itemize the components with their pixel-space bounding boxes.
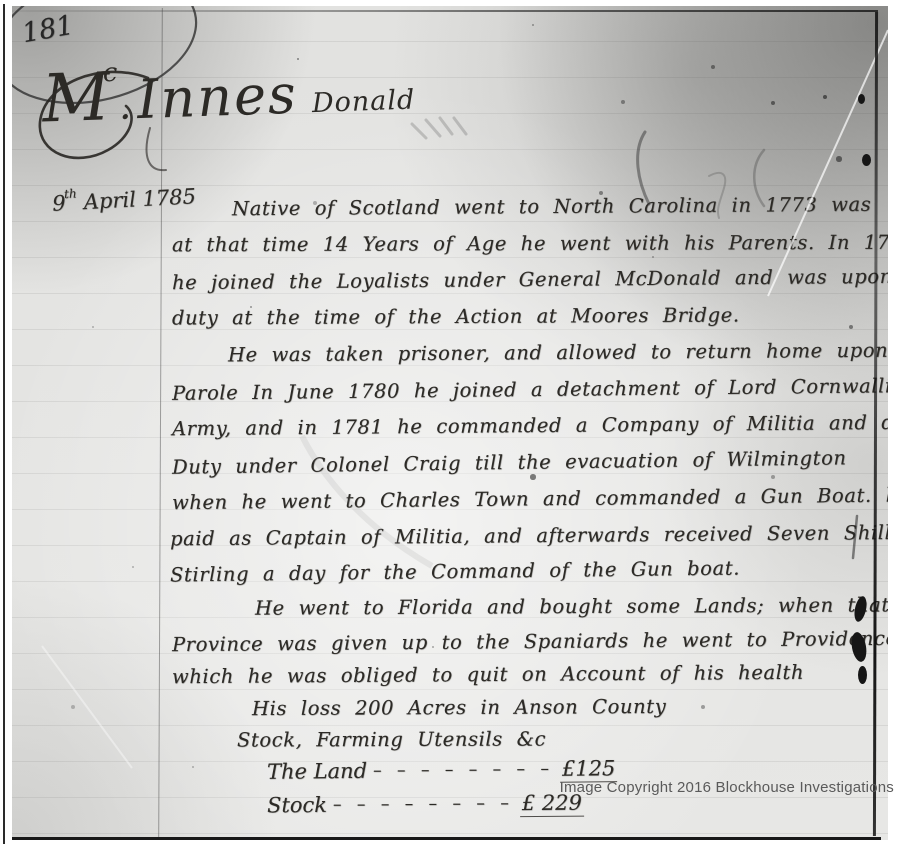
ledger-label: The Land bbox=[267, 759, 367, 784]
heading-surname-prefix: M bbox=[41, 58, 111, 137]
manuscript-line: he joined the Loyalists under General Mc… bbox=[172, 265, 888, 294]
date-month-year: April 1785 bbox=[83, 184, 196, 214]
entry-heading: Mc.InnesDonald bbox=[41, 48, 416, 135]
page-number: 181 bbox=[20, 10, 76, 49]
page-bottom-edge-line bbox=[12, 837, 881, 840]
copyright-watermark: Image Copyright 2016 Blockhouse Investig… bbox=[560, 779, 894, 796]
margin-date: 9th April 1785 bbox=[51, 180, 196, 215]
date-ordinal: th bbox=[64, 186, 77, 201]
manuscript-line: Native of Scotland went to North Carolin… bbox=[232, 193, 872, 220]
manuscript-line: He was taken prisoner, and allowed to re… bbox=[228, 339, 888, 367]
manuscript-line: Stock, Farming Utensils &c bbox=[237, 727, 546, 751]
paper-speckles bbox=[12, 6, 14, 8]
page-top-edge-line bbox=[12, 10, 878, 12]
heading-surname: Innes bbox=[136, 63, 299, 132]
manuscript-line: His loss 200 Acres in Anson County bbox=[252, 695, 666, 720]
manuscript-line: at that time 14 Years of Age he went wit… bbox=[172, 231, 888, 257]
manuscript-line: Parole In June 1780 he joined a detachme… bbox=[172, 374, 888, 405]
ledger-row: Stock– – – – – – – –£ 229 bbox=[267, 791, 584, 818]
ink-blob bbox=[858, 94, 865, 104]
ledger-leader-dashes: – – – – – – – – bbox=[333, 793, 514, 815]
manuscript-line: Duty under Colonel Craig till the evacua… bbox=[172, 446, 847, 478]
manuscript-line: He went to Florida and bought some Lands… bbox=[255, 593, 888, 619]
heading-dot: . bbox=[118, 82, 132, 128]
scanned-manuscript-viewport: { "doc": { "page_number": "181", "headin… bbox=[0, 0, 897, 844]
margin-rule-line bbox=[158, 8, 163, 837]
ledger-label: Stock bbox=[267, 793, 327, 818]
manuscript-line: Province was given up to the Spaniards h… bbox=[172, 627, 888, 656]
heading-superscript: c bbox=[102, 58, 118, 88]
manuscript-line: when he went to Charles Town and command… bbox=[172, 483, 888, 514]
manuscript-page-scan: 181 Mc.InnesDonald 9th April 1785 Native… bbox=[12, 6, 888, 840]
manuscript-line: paid as Captain of Militia, and afterwar… bbox=[170, 521, 888, 551]
manuscript-line: Army, and in 1781 he commanded a Company… bbox=[172, 411, 888, 440]
manuscript-line: which he was obliged to quit on Account … bbox=[172, 661, 804, 688]
ink-blob bbox=[858, 666, 867, 684]
ink-blob bbox=[862, 154, 871, 166]
manuscript-line: Stirling a day for the Command of the Gu… bbox=[170, 557, 740, 587]
scan-left-border-line bbox=[3, 4, 5, 844]
ledger-leader-dashes: – – – – – – – – bbox=[373, 759, 554, 781]
heading-given-name: Donald bbox=[311, 84, 415, 119]
manuscript-line: duty at the time of the Action at Moores… bbox=[172, 304, 740, 330]
